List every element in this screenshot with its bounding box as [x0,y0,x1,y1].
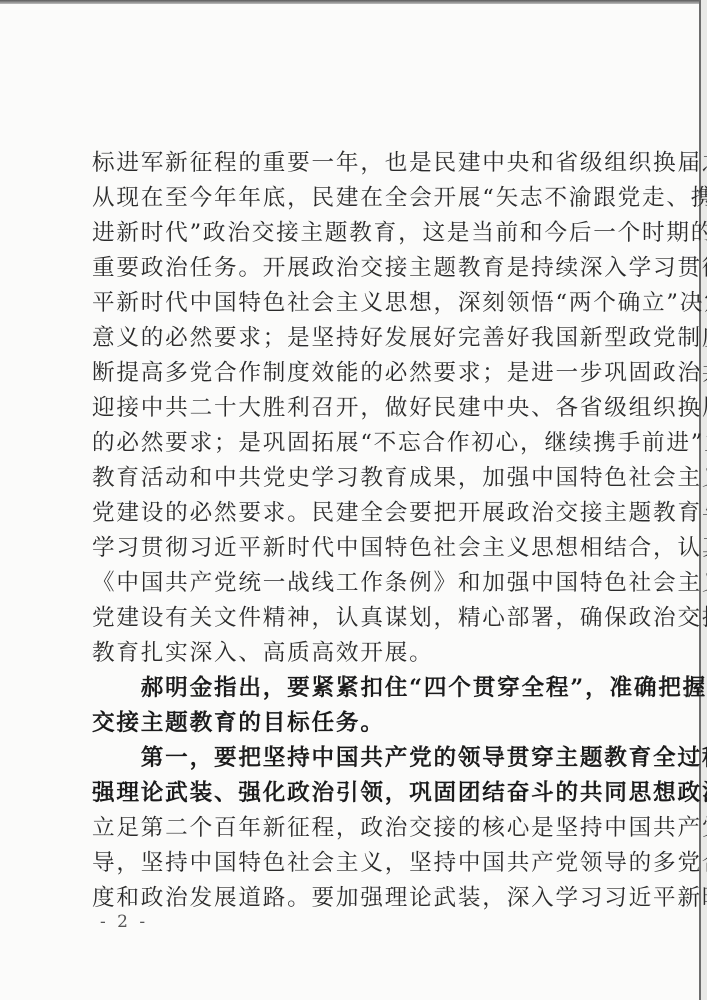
text-line: 教育活动和中共党史学习教育成果，加强中国特色社会主义参政 [92,461,632,496]
body-text: 标进军新征程的重要一年，也是民建中央和省级组织换届之年。 从现在至今年年底，民建… [92,146,632,916]
text-line: 标进军新征程的重要一年，也是民建中央和省级组织换届之年。 [92,146,632,181]
text-line: 意义的必然要求；是坚持好发展好完善好我国新型政党制度，不 [92,321,632,356]
bold-text-line: 交接主题教育的目标任务。 [92,706,632,741]
text-line: 从现在至今年年底，民建在全会开展“矢志不渝跟党走、携手奋 [92,181,632,216]
scan-top-edge [0,0,707,4]
text-line: 导，坚持中国特色社会主义，坚持中国共产党领导的多党合作制 [92,846,632,881]
text-line: 迎接中共二十大胜利召开，做好民建中央、各省级组织换届工作 [92,391,632,426]
text-line: 的必然要求；是巩固拓展“不忘合作初心，继续携手前进”主题 [92,426,632,461]
text-line: 进新时代”政治交接主题教育，这是当前和今后一个时期的一项 [92,216,632,251]
text-line: 平新时代中国特色社会主义思想，深刻领悟“两个确立”决定性 [92,286,632,321]
text-line: 教育扎实深入、高质高效开展。 [92,636,632,671]
text-line: 《中国共产党统一战线工作条例》和加强中国特色社会主义参政 [92,566,632,601]
text-line: 断提高多党合作制度效能的必然要求；是进一步巩固政治共识， [92,356,632,391]
page-number: - 2 - [100,912,148,932]
text-line: 学习贯彻习近平新时代中国特色社会主义思想相结合，认真落实 [92,531,632,566]
text-line: 党建设有关文件精神，认真谋划，精心部署，确保政治交接主题 [92,601,632,636]
text-line: 立足第二个百年新征程，政治交接的核心是坚持中国共产党的领 [92,811,632,846]
bold-text-line: 郝明金指出，要紧紧扣住“四个贯穿全程”，准确把握政治 [92,671,632,706]
document-page: 标进军新征程的重要一年，也是民建中央和省级组织换届之年。 从现在至今年年底，民建… [0,0,707,1000]
text-line: 重要政治任务。开展政治交接主题教育是持续深入学习贯彻习近 [92,251,632,286]
bold-text-line: 强理论武装、强化政治引领，巩固团结奋斗的共同思想政治基础。 [92,776,632,811]
text-line: 度和政治发展道路。要加强理论武装，深入学习习近平新时代中 [92,881,632,916]
text-line: 党建设的必然要求。民建全会要把开展政治交接主题教育与深入 [92,496,632,531]
bold-text-line: 第一，要把坚持中国共产党的领导贯穿主题教育全过程，加 [92,741,632,776]
